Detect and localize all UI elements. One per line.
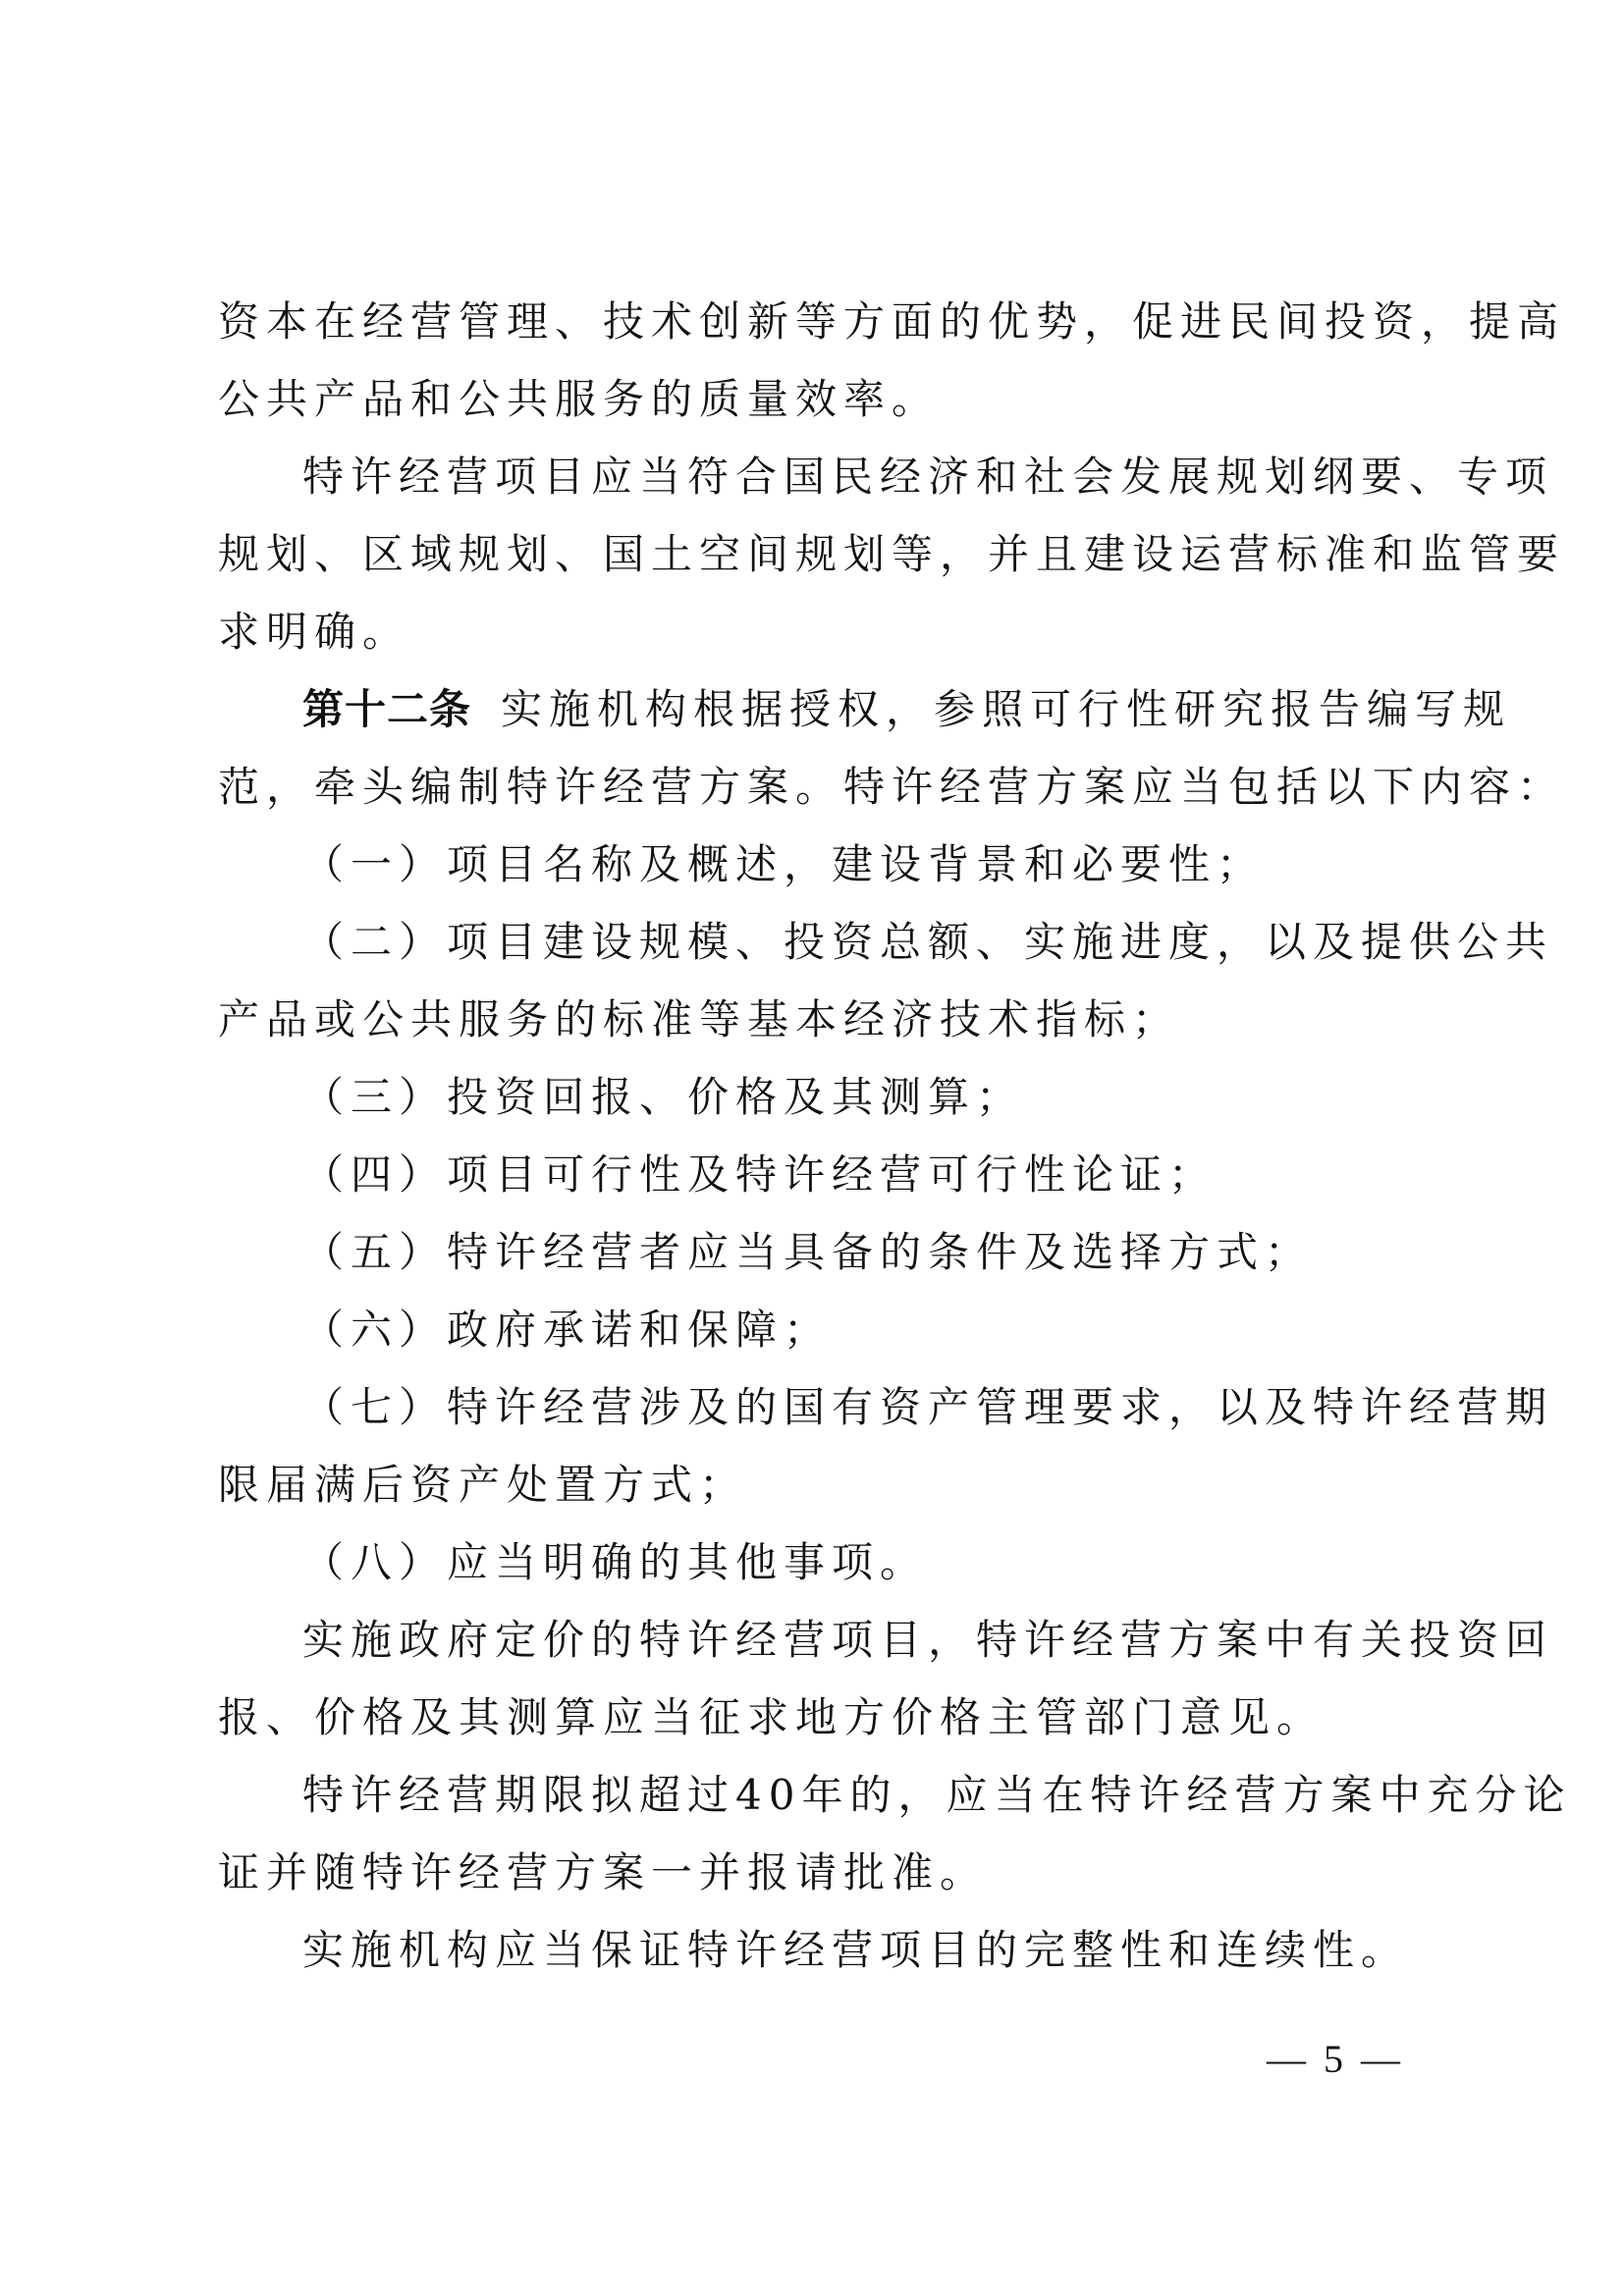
- list-item: （四）项目可行性及特许经营可行性论证；: [218, 1136, 1414, 1213]
- document-body: 资本在经营管理、技术创新等方面的优势，促进民间投资，提高 公共产品和公共服务的质…: [218, 283, 1414, 1989]
- article-heading-line: 第十二条实施机构根据授权，参照可行性研究报告编写规: [218, 670, 1414, 748]
- list-item-continuation: 限届满后资产处置方式；: [218, 1446, 1414, 1523]
- paragraph-line: 报、价格及其测算应当征求地方价格主管部门意见。: [218, 1679, 1414, 1756]
- paragraph-line: 特许经营项目应当符合国民经济和社会发展规划纲要、专项: [218, 438, 1414, 515]
- paragraph-line: 范，牵头编制特许经营方案。特许经营方案应当包括以下内容：: [218, 748, 1414, 826]
- paragraph-line: 证并随特许经营方案一并报请批准。: [218, 1834, 1414, 1911]
- paragraph-line: 实施机构应当保证特许经营项目的完整性和连续性。: [218, 1911, 1414, 1989]
- list-item: （二）项目建设规模、投资总额、实施进度，以及提供公共: [218, 903, 1414, 981]
- paragraph-line: 实施政府定价的特许经营项目，特许经营方案中有关投资回: [218, 1601, 1414, 1679]
- list-item: （七）特许经营涉及的国有资产管理要求，以及特许经营期: [218, 1368, 1414, 1446]
- article-number: 第十二条: [302, 685, 471, 733]
- article-text: 实施机构根据授权，参照可行性研究报告编写规: [501, 685, 1511, 733]
- paragraph-line: 特许经营期限拟超过40年的，应当在特许经营方案中充分论: [218, 1756, 1414, 1834]
- list-item: （三）投资回报、价格及其测算；: [218, 1058, 1414, 1136]
- paragraph-line: 规划、区域规划、国土空间规划等，并且建设运营标准和监管要: [218, 515, 1414, 593]
- page-number: — 5 —: [1267, 2036, 1404, 2082]
- list-item: （六）政府承诺和保障；: [218, 1291, 1414, 1368]
- list-item: （一）项目名称及概述，建设背景和必要性；: [218, 826, 1414, 903]
- list-item: （八）应当明确的其他事项。: [218, 1523, 1414, 1601]
- paragraph-line: 资本在经营管理、技术创新等方面的优势，促进民间投资，提高: [218, 283, 1414, 360]
- list-item-continuation: 产品或公共服务的标准等基本经济技术指标；: [218, 981, 1414, 1058]
- paragraph-line: 求明确。: [218, 593, 1414, 670]
- paragraph-line: 公共产品和公共服务的质量效率。: [218, 360, 1414, 438]
- list-item: （五）特许经营者应当具备的条件及选择方式；: [218, 1213, 1414, 1291]
